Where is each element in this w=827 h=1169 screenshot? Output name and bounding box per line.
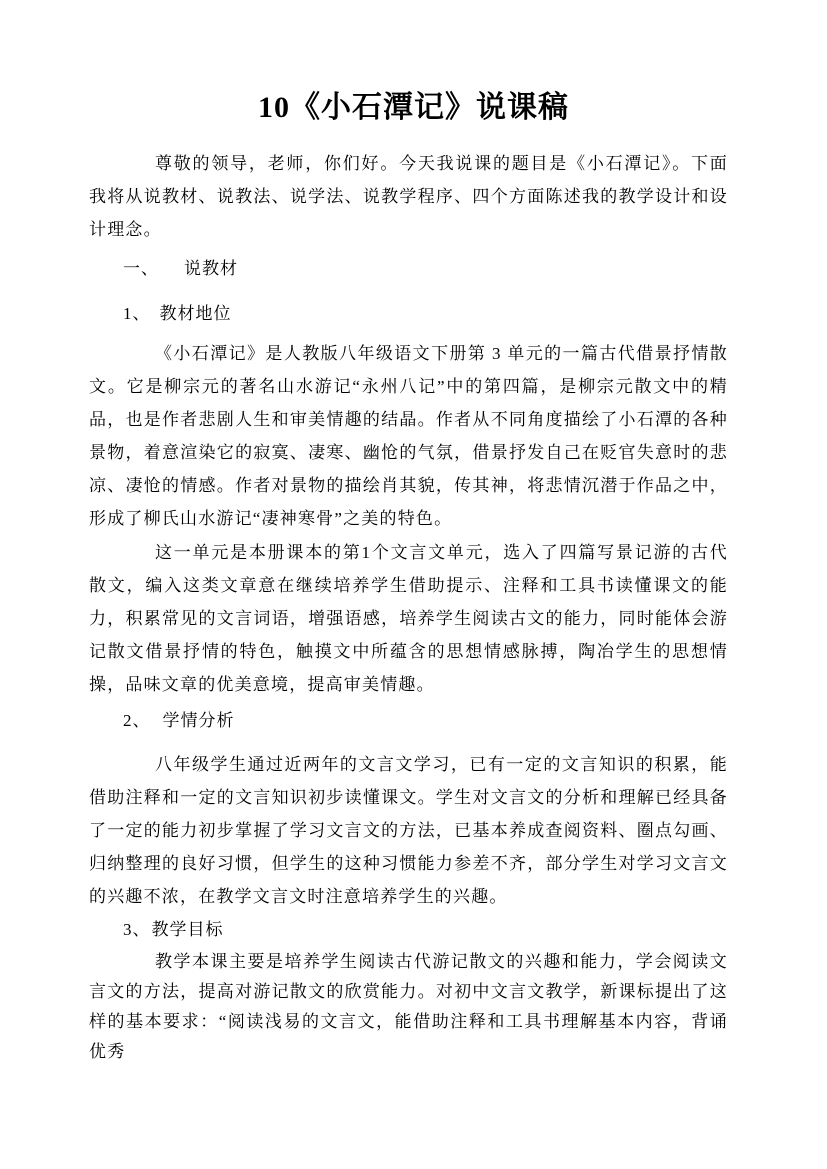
heading-label: 教材地位 [160, 304, 232, 323]
intro-paragraph: 尊敬的领导，老师，你们好。今天我说课的题目是《小石潭记》。下面我将从说教材、说教… [89, 147, 728, 246]
paragraph-textbook-position-1: 《小石潭记》是人教版八年级语文下册第 3 单元的一篇古代借景抒情散文。它是柳宗元… [89, 337, 728, 535]
heading-label: 学情分析 [163, 711, 235, 730]
heading-sub-jiaocai-diwei: 1、教材地位 [123, 297, 232, 330]
heading-label: 教学目标 [152, 920, 224, 939]
heading-number: 1、 [123, 297, 151, 330]
paragraph-textbook-position-2: 这一单元是本册课本的第1个文言文单元，选入了四篇写景记游的古代散文，编入这类文章… [89, 536, 728, 701]
heading-sub-jiaoxue-mubiao: 3、教学目标 [123, 913, 224, 946]
heading-label: 说教材 [184, 259, 238, 278]
heading-section-shuo-jiaocai: 一、说教材 [123, 252, 238, 285]
heading-sub-xueqing-fenxi: 2、学情分析 [123, 704, 235, 737]
heading-number: 3、 [123, 913, 151, 946]
document-title: 10《小石潭记》说课稿 [0, 86, 827, 130]
paragraph-teaching-goals: 教学本课主要是培养学生阅读古代游记散文的兴趣和能力，学会阅读文言文的方法，提高对… [89, 947, 728, 1067]
paragraph-student-analysis: 八年级学生通过近两年的文言文学习，已有一定的文言知识的积累，能借助注释和一定的文… [89, 748, 728, 913]
heading-number: 一、 [123, 252, 159, 285]
document-page: 10《小石潭记》说课稿 尊敬的领导，老师，你们好。今天我说课的题目是《小石潭记》… [0, 0, 827, 1169]
heading-number: 2、 [123, 704, 151, 737]
